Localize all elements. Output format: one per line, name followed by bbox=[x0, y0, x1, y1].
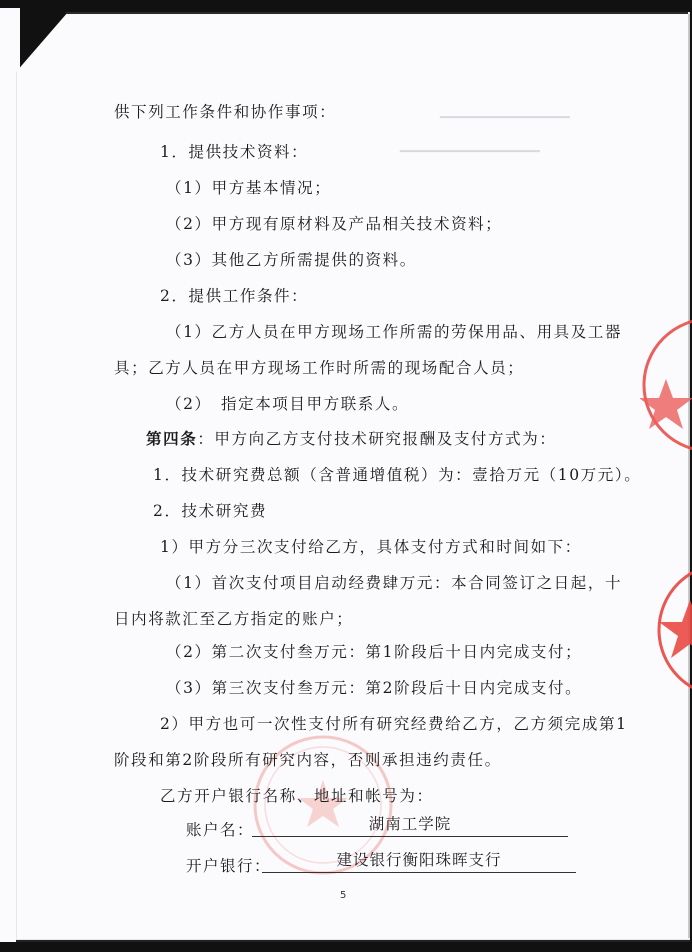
text-line: 日内将款汇至乙方指定的账户； bbox=[114, 607, 353, 629]
text-line: 1．提供技术资料： bbox=[160, 140, 308, 162]
sheet-bottom-edge bbox=[16, 940, 690, 942]
article-text: ：甲方向乙方支付技术研究报酬及支付方式为： bbox=[197, 430, 556, 448]
text-line: 供下列工作条件和协作事项： bbox=[114, 100, 336, 122]
text-line: 2．提供工作条件： bbox=[160, 284, 308, 306]
sheet-right-edge bbox=[688, 14, 690, 938]
sheet-top-edge bbox=[66, 12, 688, 14]
text-line: （1）甲方基本情况； bbox=[166, 176, 331, 198]
scanned-page: ▁▁▁▁▁▁▁▁▁▁▁▁▁ ▁▁▁▁▁▁▁▁▁▁▁▁▁▁ 供下列工作条件和协作事… bbox=[0, 0, 692, 952]
text-line: （2）第二次支付叁万元：第1阶段后十日内完成支付； bbox=[166, 640, 582, 662]
bleed-through-text: ▁▁▁▁▁▁▁▁▁▁▁▁▁▁ bbox=[400, 138, 540, 153]
account-name-label: 账户名： bbox=[186, 818, 254, 840]
text-line: 阶段和第2阶段所有研究内容，否则承担违约责任。 bbox=[114, 748, 502, 770]
text-line: （3）其他乙方所需提供的资料。 bbox=[166, 248, 417, 270]
text-line: 1）甲方分三次支付给乙方，具体支付方式和时间如下： bbox=[160, 535, 582, 557]
text-line: （1）首次支付项目启动经费肆万元：本合同签订之日起，十 bbox=[166, 571, 622, 593]
text-line: 1．技术研究费总额（含普通增值税）为：壹拾万元（10万元）。 bbox=[153, 463, 641, 485]
article-heading: 第四条 bbox=[146, 429, 197, 448]
account-name-value: 湖南工学院 bbox=[252, 814, 568, 837]
bank-label: 开户银行： bbox=[186, 854, 271, 876]
text-line: 2．技术研究费 bbox=[153, 499, 267, 521]
article-four-line: 第四条：甲方向乙方支付技术研究报酬及支付方式为： bbox=[146, 427, 556, 449]
text-line: （2）甲方现有原材料及产品相关技术资料； bbox=[166, 212, 502, 234]
text-line: 2）甲方也可一次性支付所有研究经费给乙方，乙方须完成第1 bbox=[160, 712, 628, 734]
text-line: （2） 指定本项目甲方联系人。 bbox=[166, 392, 409, 414]
page-number: 5 bbox=[340, 890, 346, 901]
text-line: （3）第三次支付叁万元：第2阶段后十日内完成支付。 bbox=[166, 676, 582, 698]
text-line: 具；乙方人员在甲方现场工作时所需的现场配合人员； bbox=[114, 356, 524, 378]
bank-value: 建设银行衡阳珠晖支行 bbox=[262, 850, 576, 873]
text-line: 乙方开户银行名称、地址和帐号为： bbox=[160, 784, 434, 806]
text-line: （1）乙方人员在甲方现场工作所需的劳保用品、用具及工器 bbox=[166, 320, 622, 342]
bleed-through-text: ▁▁▁▁▁▁▁▁▁▁▁▁▁ bbox=[440, 104, 570, 119]
